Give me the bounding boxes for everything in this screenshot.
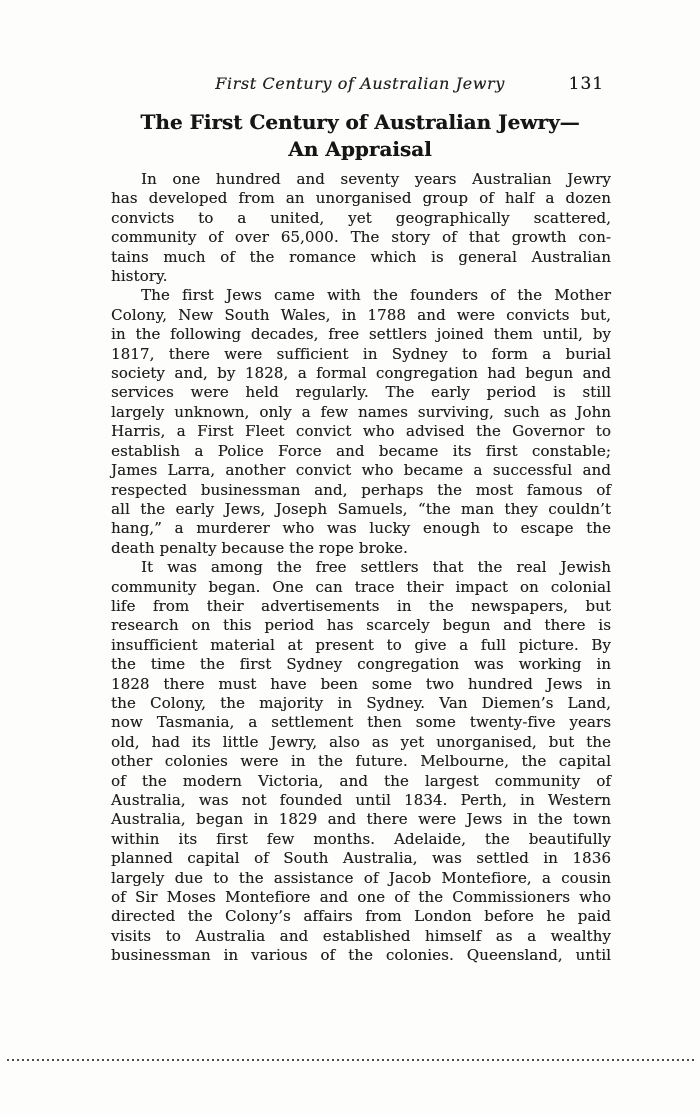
text-line: Australia, was not founded until 1834. P…	[111, 791, 611, 810]
text-line: the time the first Sydney congregation w…	[111, 655, 611, 674]
text-line: tains much of the romance which is gener…	[111, 248, 611, 267]
chapter-title-line2: An Appraisal	[110, 136, 610, 163]
text-line: services were held regularly. The early …	[111, 383, 611, 402]
text-line: visits to Australia and established hims…	[111, 927, 611, 946]
text-line: hang,” a murderer who was lucky enough t…	[111, 519, 611, 538]
text-line: of the modern Victoria, and the largest …	[111, 772, 611, 791]
text-line: old, had its little Jewry, also as yet u…	[111, 733, 611, 752]
text-line: research on this period has scarcely beg…	[111, 616, 611, 635]
text-line: insufficient material at present to give…	[111, 636, 611, 655]
chapter-title-line1: The First Century of Australian Jewry—	[110, 109, 610, 136]
text-line: Colony, New South Wales, in 1788 and wer…	[111, 306, 611, 325]
text-line: Australia, began in 1829 and there were …	[111, 810, 611, 829]
text-line: has developed from an unorganised group …	[111, 189, 611, 208]
text-line: all the early Jews, Joseph Samuels, “the…	[111, 500, 611, 519]
text-line: 1828 there must have been some two hundr…	[111, 675, 611, 694]
text-line: death penalty because the rope broke.	[111, 539, 611, 558]
page-number: 131	[569, 74, 604, 94]
text-line: convicts to a united, yet geographically…	[111, 209, 611, 228]
text-line: directed the Colony’s affairs from Londo…	[111, 907, 611, 926]
text-line: life from their advertisements in the ne…	[111, 597, 611, 616]
book-page: First Century of Australian Jewry 131 Th…	[0, 0, 700, 1115]
text-line: businessman in various of the colonies. …	[111, 946, 611, 965]
text-line: history.	[111, 267, 611, 286]
chapter-title: The First Century of Australian Jewry— A…	[110, 109, 610, 163]
running-head-title: First Century of Australian Jewry	[215, 74, 505, 93]
text-line: Harris, a First Fleet convict who advise…	[111, 422, 611, 441]
text-line: 1817, there were sufficient in Sydney to…	[111, 345, 611, 364]
text-line: society and, by 1828, a formal congregat…	[111, 364, 611, 383]
text-line: community began. One can trace their imp…	[111, 578, 611, 597]
text-line: within its first few months. Adelaide, t…	[111, 830, 611, 849]
body-text: In one hundred and seventy years Austral…	[111, 170, 611, 966]
text-line: The first Jews came with the founders of…	[111, 286, 611, 305]
text-line: It was among the free settlers that the …	[111, 558, 611, 577]
running-head: First Century of Australian Jewry 131	[110, 74, 610, 93]
text-line: establish a Police Force and became its …	[111, 442, 611, 461]
text-line: James Larra, another convict who became …	[111, 461, 611, 480]
text-line: in the following decades, free settlers …	[111, 325, 611, 344]
text-line: largely unknown, only a few names surviv…	[111, 403, 611, 422]
text-line: planned capital of South Australia, was …	[111, 849, 611, 868]
dashed-divider-line	[7, 1059, 697, 1061]
text-line: now Tasmania, a settlement then some twe…	[111, 713, 611, 732]
text-line: In one hundred and seventy years Austral…	[111, 170, 611, 189]
text-line: respected businessman and, perhaps the m…	[111, 481, 611, 500]
text-line: largely due to the assistance of Jacob M…	[111, 869, 611, 888]
text-line: other colonies were in the future. Melbo…	[111, 752, 611, 771]
text-line: the Colony, the majority in Sydney. Van …	[111, 694, 611, 713]
text-line: community of over 65,000. The story of t…	[111, 228, 611, 247]
text-line: of Sir Moses Montefiore and one of the C…	[111, 888, 611, 907]
